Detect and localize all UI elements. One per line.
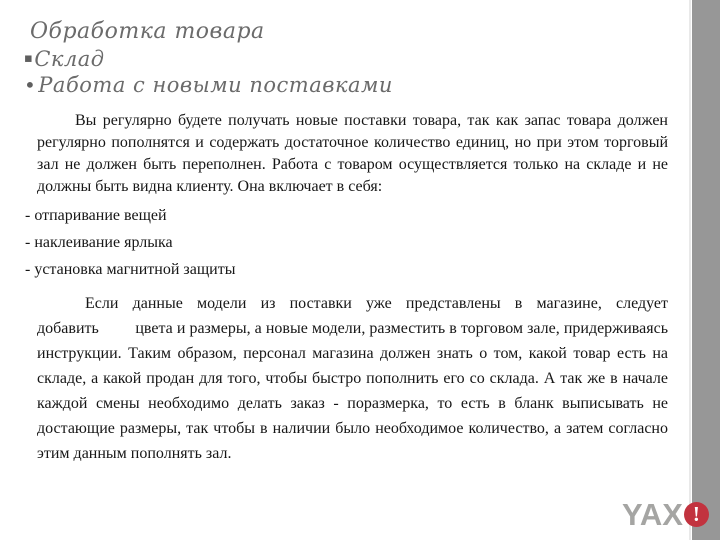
slide-title: Обработка товара [24, 18, 393, 46]
paragraph-details: Если данные модели из поставки уже предс… [37, 291, 668, 466]
subtitle-sklad-label: Склад [34, 46, 104, 72]
subtitle-sklad: ▪ Склад [24, 46, 393, 72]
list-item: - наклеивание ярлыка [25, 229, 668, 256]
process-list: - отпаривание вещей - наклеивание ярлыка… [25, 202, 668, 283]
list-item: - отпаривание вещей [25, 202, 668, 229]
slide-header: Обработка товара ▪ Склад • Работа с новы… [24, 18, 393, 98]
paragraph-intro: Вы регулярно будете получать новые поста… [37, 110, 668, 198]
logo-exclamation-badge: ! [684, 502, 709, 527]
subtitle-new-deliveries-label: Работа с новыми поставками [38, 72, 393, 98]
logo: YAX ! [622, 499, 709, 530]
slide: Обработка товара ▪ Склад • Работа с новы… [0, 0, 720, 540]
logo-exclamation-mark: ! [693, 504, 700, 525]
right-sidebar-stripe [692, 0, 720, 540]
right-bar-edge [689, 0, 691, 540]
subtitle-new-deliveries: • Работа с новыми поставками [24, 72, 393, 98]
round-bullet-icon: • [24, 72, 36, 98]
list-item: - установка магнитной защиты [25, 256, 668, 283]
logo-text: YAX [622, 499, 683, 530]
slide-content: Вы регулярно будете получать новые поста… [37, 110, 668, 466]
square-bullet-icon: ▪ [24, 46, 33, 72]
